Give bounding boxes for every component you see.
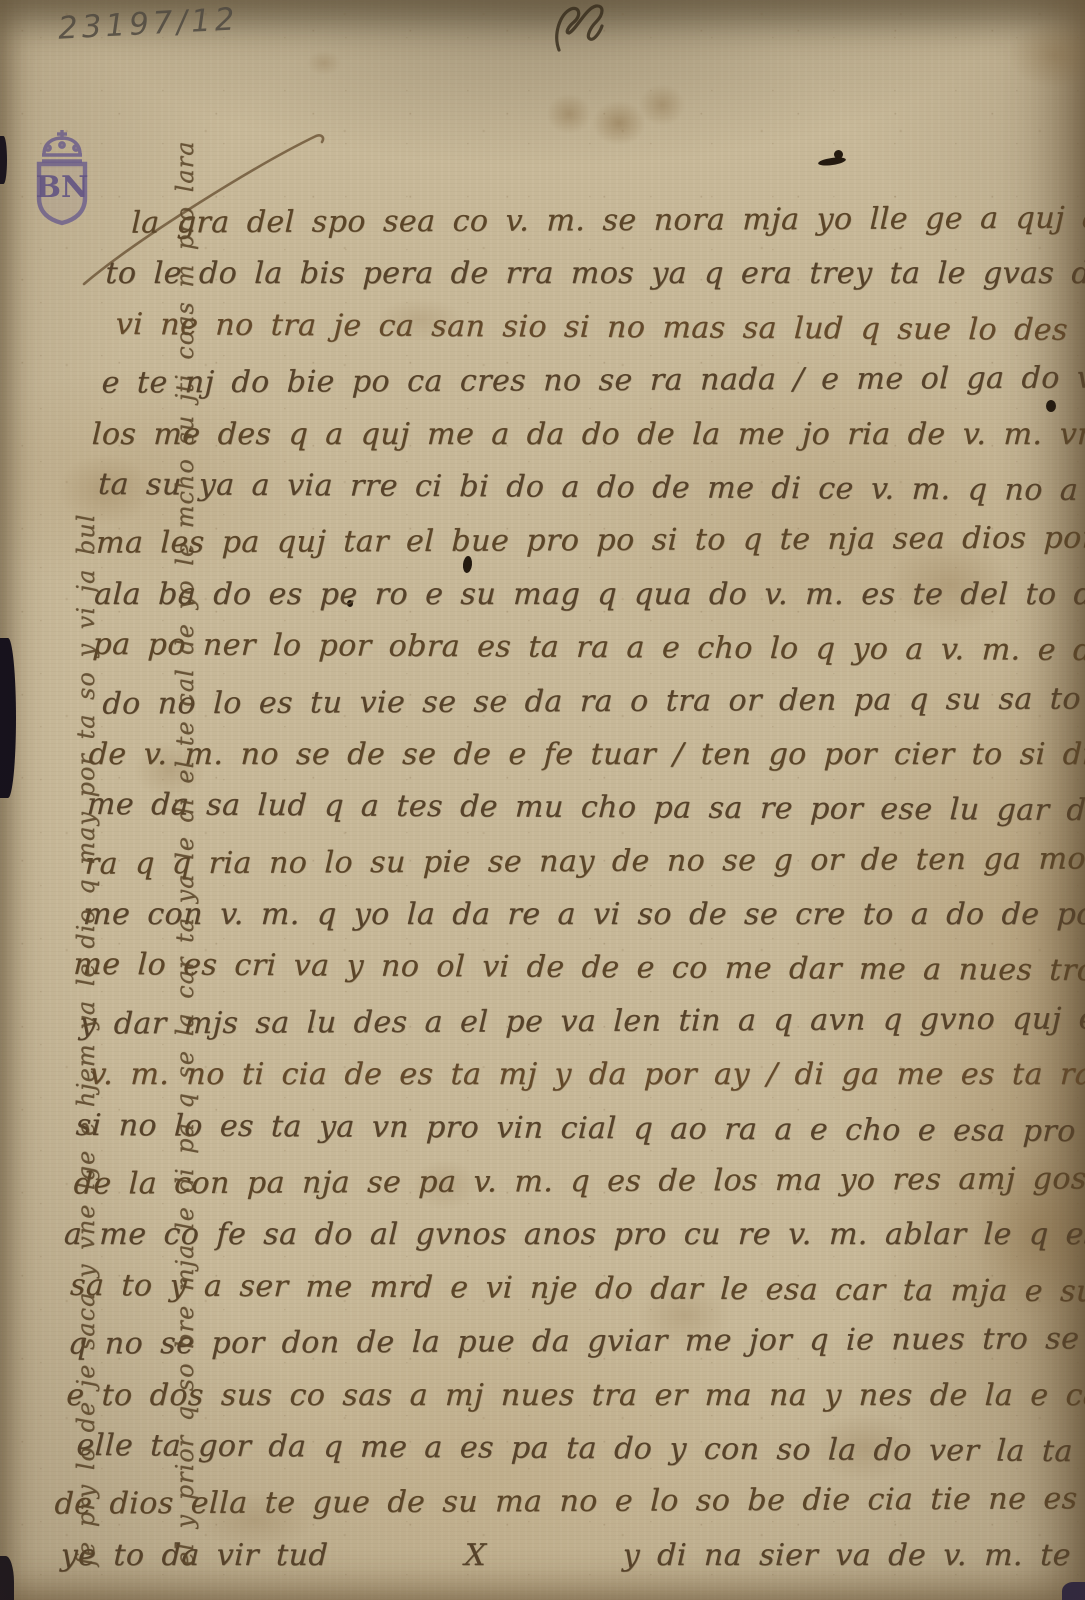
bn-library-stamp: BN [26, 128, 98, 226]
parchment-sheet: 23197/12 BN [0, 0, 1085, 1600]
stain [300, 46, 348, 80]
manuscript-scan: 23197/12 BN [0, 0, 1085, 1600]
ink-flourish-icon [545, 2, 617, 56]
stain [538, 86, 600, 142]
stamp-letters: BN [36, 170, 89, 205]
edge-shadow [1062, 1582, 1085, 1600]
stain [990, 10, 1085, 100]
margin-line: fe pry lo de je saca y vne lge e hjem ya… [70, 276, 103, 1566]
edge-shadow [0, 136, 7, 184]
catalog-number: 23197/12 [57, 1, 239, 46]
crown-icon [42, 130, 82, 161]
margin-annotation: fe pry lo de je saca y vne lge e hjem ya… [4, 276, 268, 1566]
ink-blot [834, 150, 843, 159]
margin-line: el y prior q so bre mja le di pa q se la… [169, 276, 202, 1566]
stain [582, 92, 656, 154]
stain [630, 76, 694, 134]
text-line: la gra del spo sea co v. m. se nora mja … [130, 191, 1085, 250]
ink-blot [818, 156, 847, 167]
